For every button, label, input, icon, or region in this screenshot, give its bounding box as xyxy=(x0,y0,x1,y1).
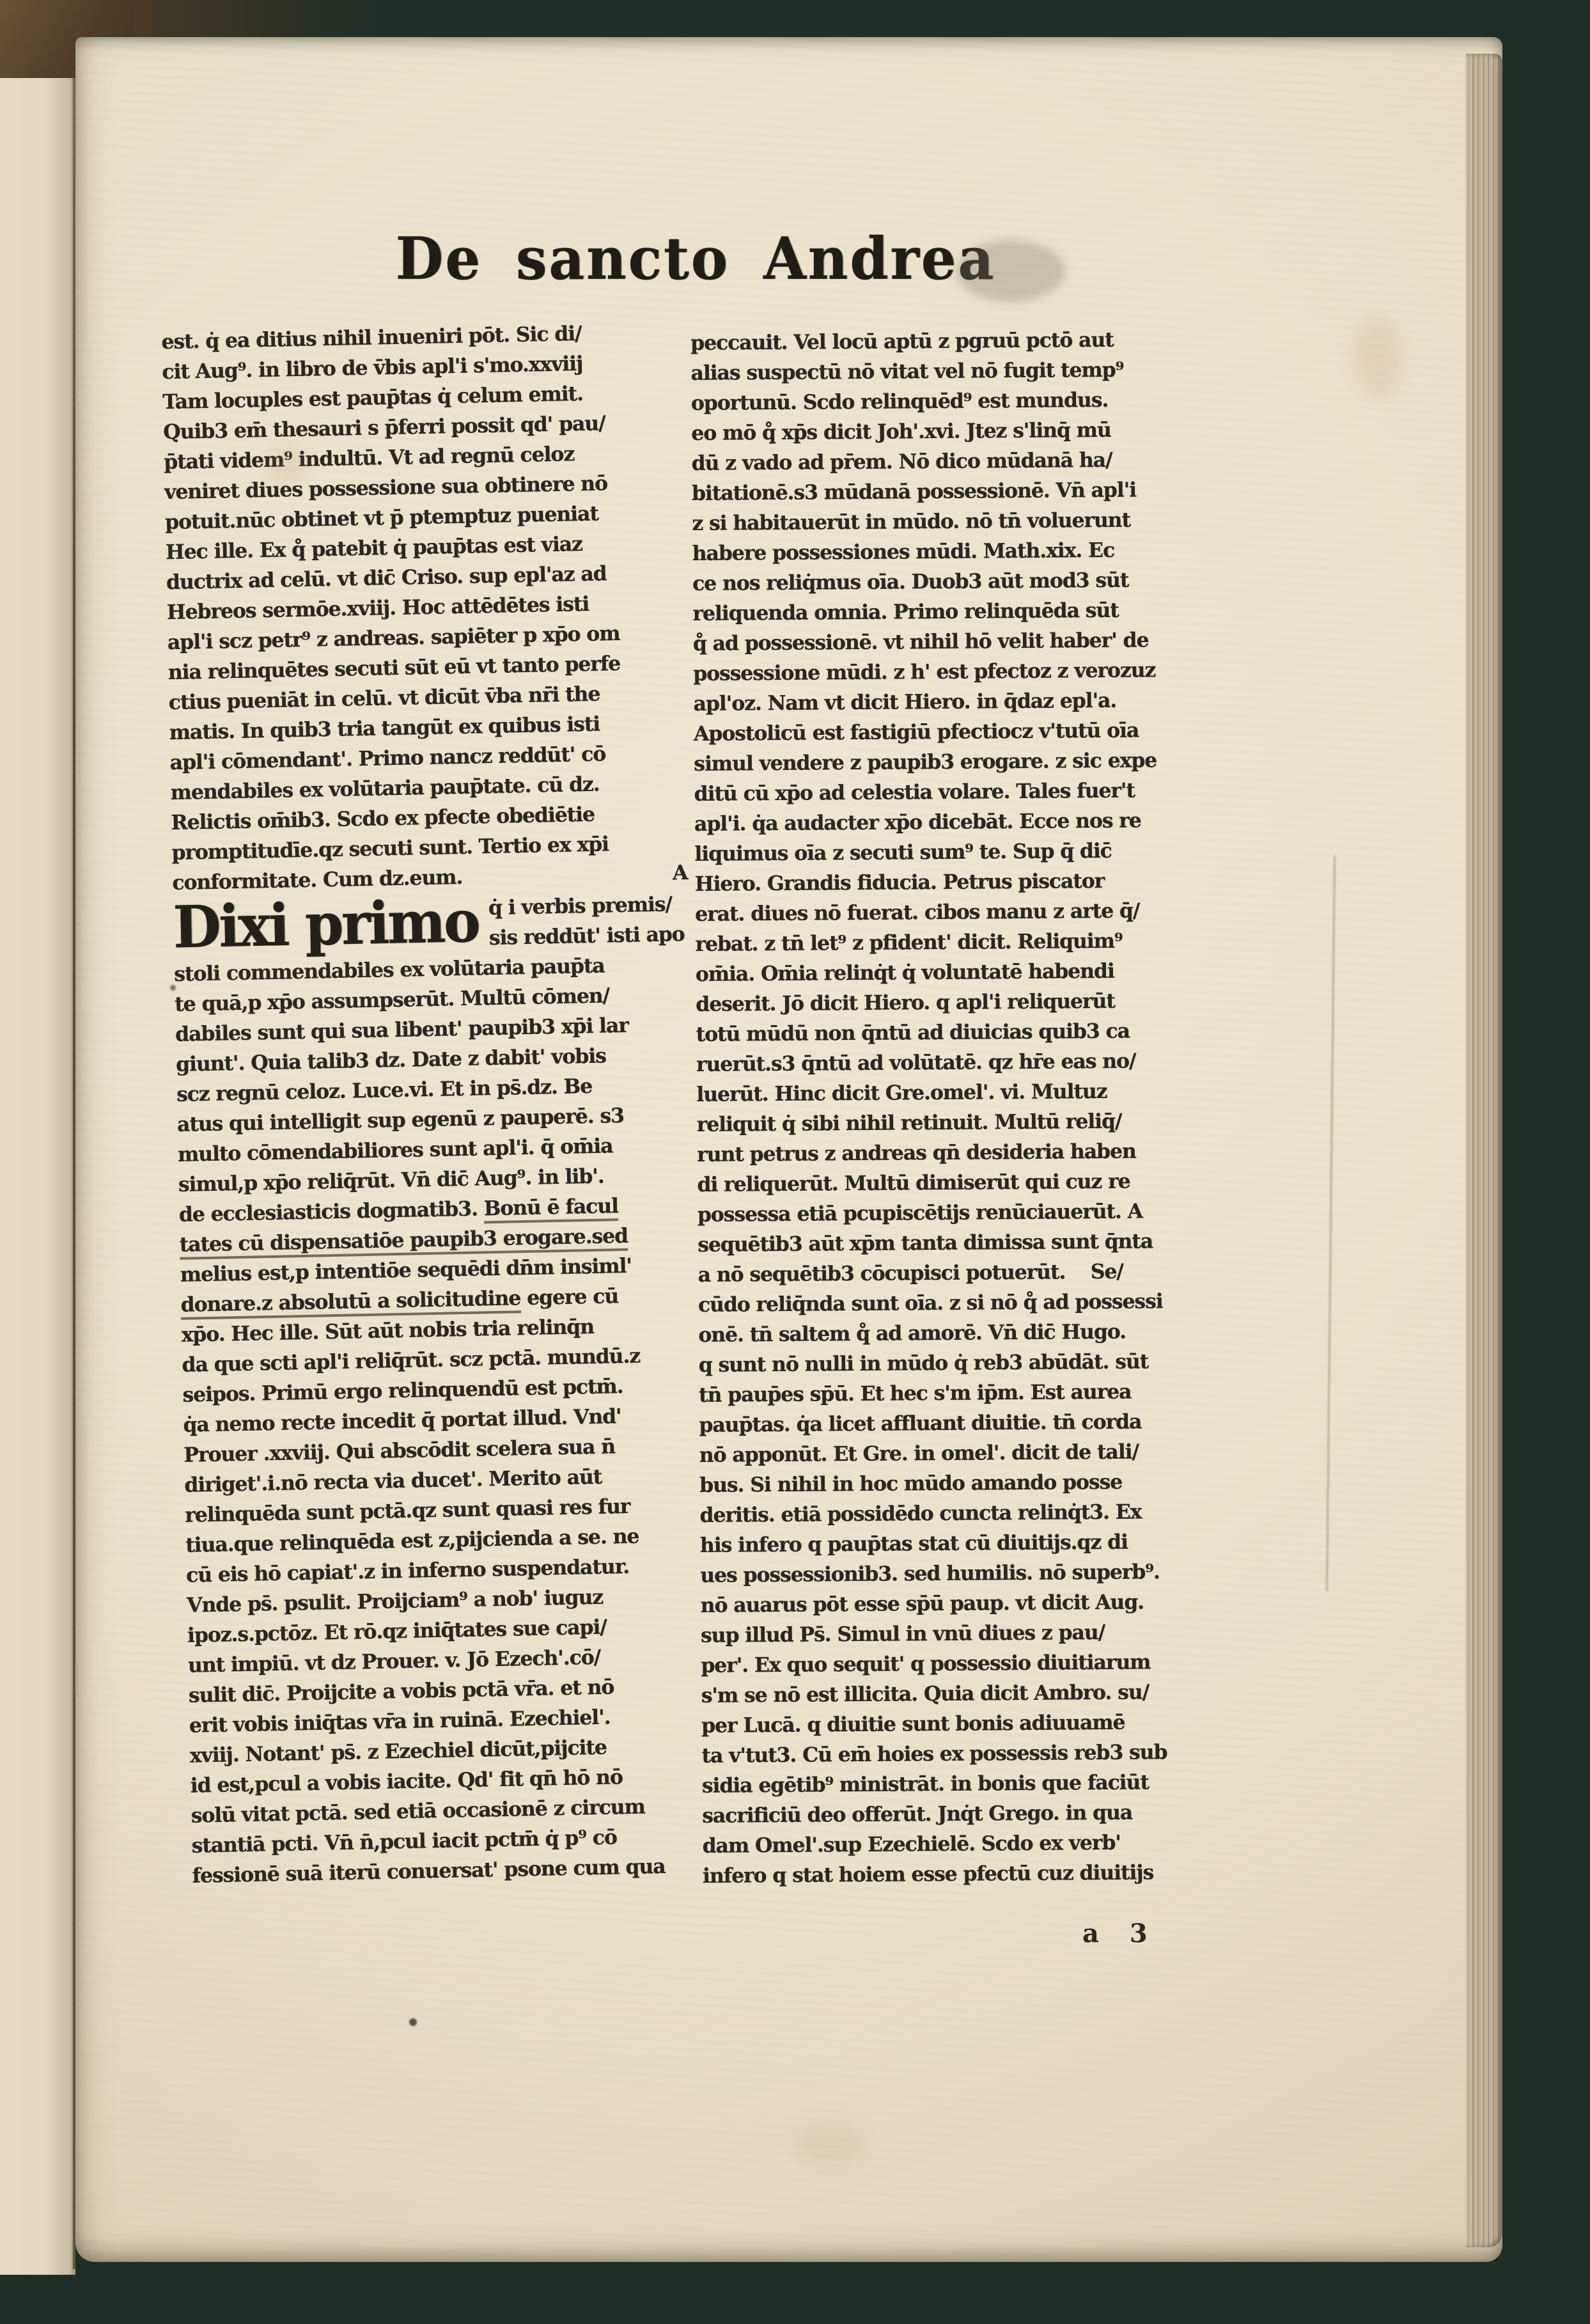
text-line: z si habitauerūt in mūdo. nō tn̄ volueru… xyxy=(692,505,1215,538)
text-line: q̇ i verbis premis/ xyxy=(488,889,688,923)
text-line: infero q stat hoiem esse pfectū cuz diui… xyxy=(703,1857,1226,1891)
text-line: onē. tn̄ saltem q̊ ad amorē. Vn̄ dic̄ Hu… xyxy=(698,1316,1221,1350)
text-line: habere possessiones mūdi. Math.xix. Ec xyxy=(692,535,1215,569)
text-line: di reliquerūt. Multū dimiserūt qui cuz r… xyxy=(697,1166,1220,1200)
text-line: eo mō q̊ xp̄s dicit Joh'.xvi. Jtez s'lin… xyxy=(691,414,1214,448)
text-line: rebat. z tn̄ let⁹ z pfident' dicit. Reli… xyxy=(695,925,1218,959)
column-right: peccauit. Vel locū aptū z pgruū pctō aut… xyxy=(690,324,1226,1891)
text-line: tn̄ paup̄es sp̄ū. Et hec s'm ip̄m. Est a… xyxy=(699,1376,1222,1410)
text-line: ues possessionib3. sed humilis. nō super… xyxy=(700,1557,1223,1590)
text-line: q̊ ad possessionē. vt nihil hō velit hab… xyxy=(693,625,1216,659)
text-line: luerūt. Hinc dicit Gre.omel'. vi. Multuz xyxy=(696,1076,1219,1110)
foxing-stain xyxy=(1354,318,1401,395)
text-line: deserit. Jō dicit Hiero. q apl'i relique… xyxy=(696,985,1219,1019)
text-line: per Lucā. q diuitie sunt bonis adiuuamē xyxy=(701,1707,1224,1741)
text-line: Apostolicū est fastigiū pfectiocz v'tutū… xyxy=(694,715,1217,749)
text-line: nō apponūt. Et Gre. in omel'. dicit de t… xyxy=(699,1436,1222,1470)
fore-edge-page-stack xyxy=(1465,54,1502,2247)
text-line: deritis. etiā possidēdo cuncta relinq̇t3… xyxy=(699,1496,1222,1530)
text-line: paup̄tas. q̇a licet affluant diuitie. tn… xyxy=(699,1406,1222,1440)
text-line: possessa etiā pcupiscētijs renūciauerūt.… xyxy=(698,1196,1220,1230)
text-line: reliquenda omnia. Primo relinquēda sūt xyxy=(692,595,1215,629)
text-line: sidia egētib⁹ ministrāt. in bonis que fa… xyxy=(702,1767,1225,1801)
text-line: q sunt nō nulli in mūdo q̇ reb3 abūdāt. … xyxy=(699,1346,1222,1380)
text-line: ditū cū xp̄o ad celestia volare. Tales f… xyxy=(694,775,1217,809)
scanned-book-page-scene: De sancto Andrea est. q̇ ea ditius nihil… xyxy=(0,0,1590,2324)
text-line: s'm se nō est illicita. Quia dicit Ambro… xyxy=(701,1677,1224,1711)
text-line: ce nos reliq̇mus oīa. Duob3 aūt mod3 sūt xyxy=(692,565,1215,599)
text-line: sequētib3 aūt xp̄m tanta dimissa sunt q̄… xyxy=(698,1226,1220,1260)
text-line: dū z vado ad pr̄em. Nō dico mūdanā ha/ xyxy=(691,444,1214,478)
text-line: per'. Ex quo sequit' q possessio diuitia… xyxy=(701,1647,1224,1681)
text-line: erat. diues nō fuerat. cibos manu z arte… xyxy=(695,895,1218,929)
foxing-stain xyxy=(791,2122,868,2167)
text-line: simul vendere z paupib3 erogare. z sic e… xyxy=(694,745,1217,779)
column-left-top-lines: est. q̇ ea ditius nihil inueniri pōt. Si… xyxy=(161,317,688,898)
ink-ghost-mark xyxy=(956,240,1065,302)
text-line: ruerūt.s3 q̄ntū ad volūtatē. qz hr̄e eas… xyxy=(696,1046,1219,1080)
text-line: peccauit. Vel locū aptū z pgruū pctō aut xyxy=(690,324,1213,358)
column-left-bottom-lines: stoli commendabiles ex volūtaria paup̄ta… xyxy=(174,949,708,1891)
text-line: apl'i. q̇a audacter xp̄o dicebāt. Ecce n… xyxy=(694,805,1217,839)
text-line: om̄ia. Om̄ia relinq̇t q̇ voluntatē haben… xyxy=(696,955,1219,989)
text-line: sup illud Ps̄. Simul in vnū diues z pau/ xyxy=(701,1617,1224,1651)
signature-mark: a 3 xyxy=(1082,1919,1148,1949)
text-line: sacrificiū deo offerūt. Jnq̇t Grego. in … xyxy=(702,1797,1225,1831)
manuscript-underline: Bonū ē facul xyxy=(483,1194,618,1223)
page-header-title: De sancto Andrea xyxy=(382,224,1009,293)
drop-heading-side-lines: q̇ i verbis premis/ sis reddūt' isti apo xyxy=(488,889,689,953)
paper-crease xyxy=(1326,856,1336,1591)
text-line: dam Omel'.sup Ezechielē. Scdo ex verb' xyxy=(702,1827,1225,1861)
column-left: est. q̇ ea ditius nihil inueniri pōt. Si… xyxy=(161,317,708,1891)
catchword: A xyxy=(672,858,687,888)
text-line: cūdo reliq̄nda sunt oīa. z si nō q̊ ad p… xyxy=(698,1286,1221,1320)
book-page: De sancto Andrea est. q̇ ea ditius nihil… xyxy=(75,37,1502,2262)
text-line: bus. Si nihil in hoc mūdo amando posse xyxy=(699,1466,1222,1500)
text-line: apl'oz. Nam vt dicit Hiero. in q̄daz epl… xyxy=(693,685,1216,719)
text-line: liquimus oīa z secuti sum⁹ te. Sup q̄ di… xyxy=(694,835,1217,869)
text-line: nō auarus pōt esse sp̄ū paup. vt dicit A… xyxy=(701,1587,1224,1621)
ink-speck xyxy=(409,2018,417,2026)
text-line: Hiero. Grandis fiducia. Petrus piscator xyxy=(695,865,1218,899)
drop-heading-row: Dixi primo q̇ i verbis premis/ sis reddū… xyxy=(173,889,689,959)
facing-page-edge xyxy=(0,59,75,2275)
text-line: runt petrus z andreas qn̄ desideria habe… xyxy=(697,1136,1220,1170)
text-line: possessione mūdi. z h' est pfectoz z ver… xyxy=(693,655,1216,689)
text-line: ta v'tut3. Cū em̄ hoies ex possessis reb… xyxy=(701,1737,1224,1771)
text-line: his infero q paup̄tas stat cū diuitijs.q… xyxy=(700,1527,1223,1560)
text-line: totū mūdū non q̄ntū ad diuicias quib3 ca xyxy=(696,1016,1219,1049)
text-line: alias suspectū nō vitat vel nō fugit tem… xyxy=(690,354,1213,388)
text-line: reliquit q̇ sibi nihil retinuit. Multū r… xyxy=(697,1106,1220,1140)
text-line: sis reddūt' isti apo xyxy=(488,919,689,953)
drop-heading-text: Dixi primo xyxy=(173,891,479,958)
text-line: a nō sequētib3 cōcupisci potuerūt. Se/ xyxy=(698,1256,1220,1290)
text-line: bitationē.s3 mūdanā possessionē. Vn̄ apl… xyxy=(692,475,1215,508)
text-line: oportunū. Scdo relinquēd⁹ est mundus. xyxy=(691,384,1214,418)
